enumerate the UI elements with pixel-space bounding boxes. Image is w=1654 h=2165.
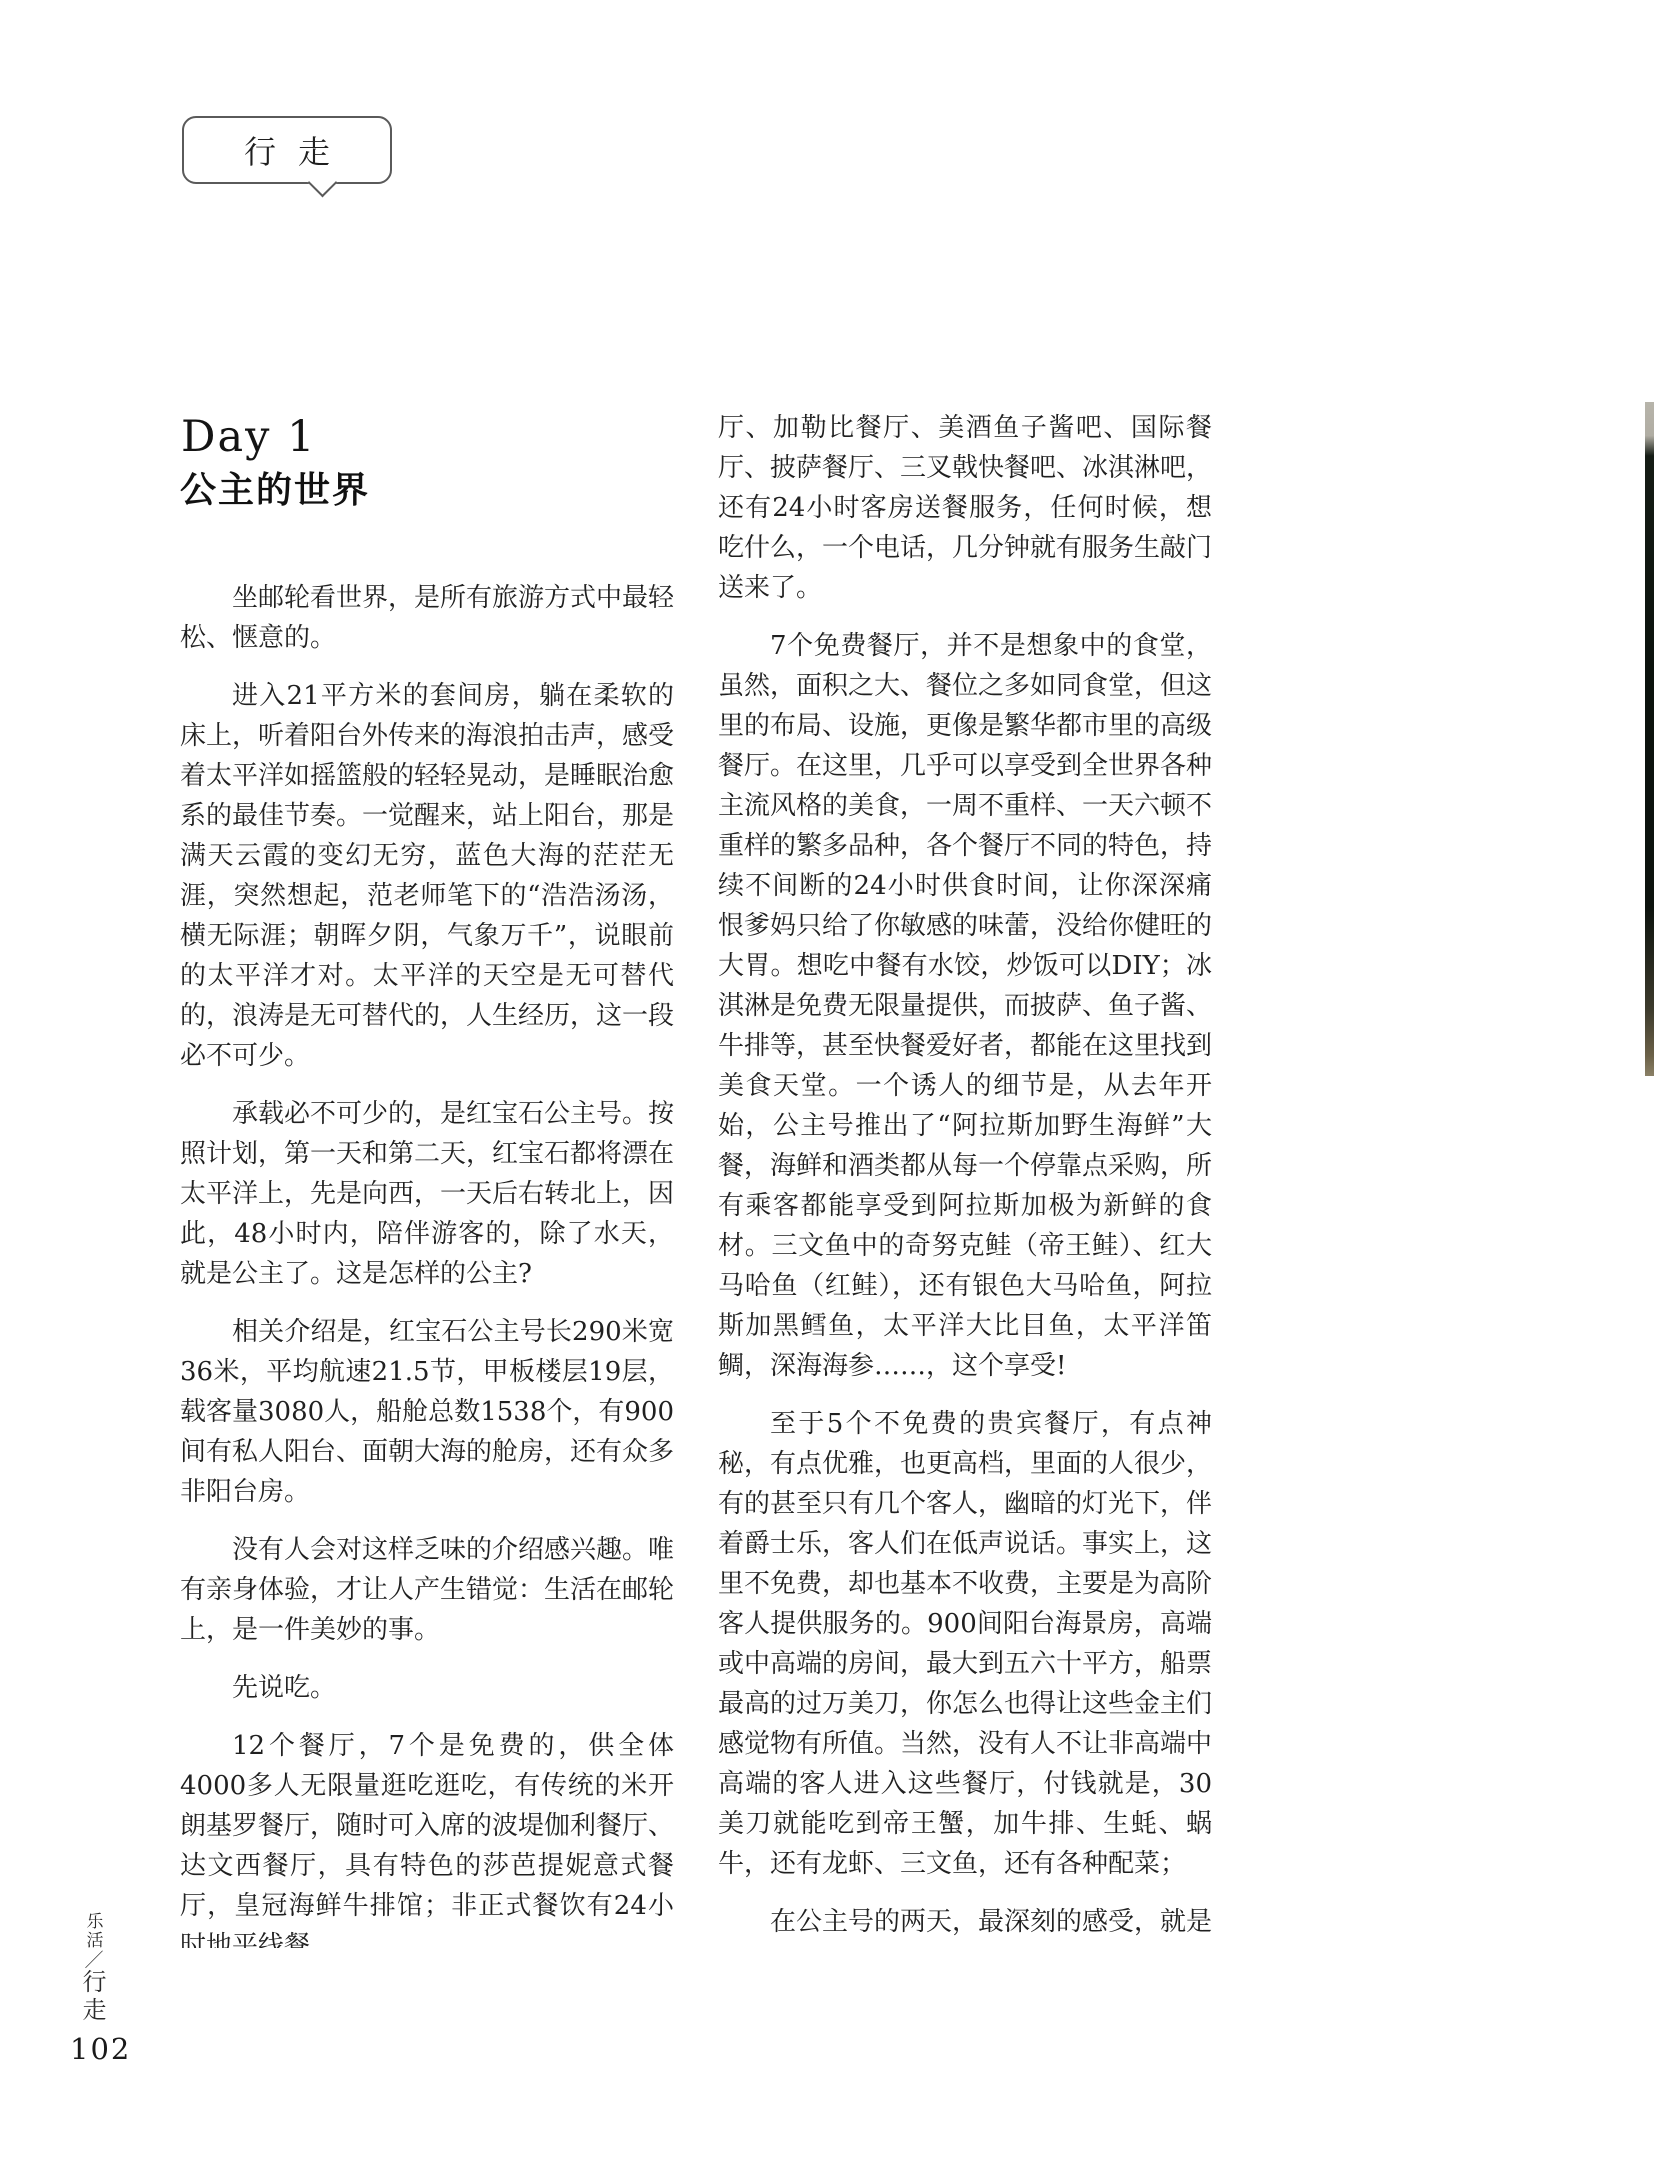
paragraph: 在公主号的两天，最深刻的感受，就是 xyxy=(718,1902,1212,1942)
paragraph: 厅、加勒比餐厅、美酒鱼子酱吧、国际餐厅、披萨餐厅、三叉戟快餐吧、冰淇淋吧，还有2… xyxy=(718,408,1212,608)
paragraph: 7个免费餐厅，并不是想象中的食堂，虽然，面积之大、餐位之多如同食堂，但这里的布局… xyxy=(718,626,1212,1386)
page-number: 102 xyxy=(70,2032,131,2066)
left-column: 坐邮轮看世界，是所有旅游方式中最轻松、惬意的。 进入21平方米的套间房，躺在柔软… xyxy=(180,578,674,1948)
footer-separator: ／ xyxy=(83,1950,102,1969)
paragraph: 先说吃。 xyxy=(180,1668,674,1708)
paragraph: 进入21平方米的套间房，躺在柔软的床上，听着阳台外传来的海浪拍击声，感受着太平洋… xyxy=(180,676,674,1076)
article-title: 公主的世界 xyxy=(180,462,370,513)
paragraph: 坐邮轮看世界，是所有旅游方式中最轻松、惬意的。 xyxy=(180,578,674,658)
right-column: 厅、加勒比餐厅、美酒鱼子酱吧、国际餐厅、披萨餐厅、三叉戟快餐吧、冰淇淋吧，还有2… xyxy=(718,408,1212,1948)
paragraph: 相关介绍是，红宝石公主号长290米宽36米，平均航速21.5节，甲板楼层19层，… xyxy=(180,1312,674,1512)
footer-category-label: 乐活 xyxy=(84,1912,101,1950)
magazine-page: 行走 Day 1 公主的世界 坐邮轮看世界，是所有旅游方式中最轻松、惬意的。 进… xyxy=(0,0,1654,2165)
paragraph: 承载必不可少的，是红宝石公主号。按照计划，第一天和第二天，红宝石都将漂在太平洋上… xyxy=(180,1094,674,1294)
footer-section-marker: 乐活／行走 xyxy=(80,1912,104,2052)
paragraph: 至于5个不免费的贵宾餐厅，有点神秘，有点优雅，也更高档，里面的人很少，有的甚至只… xyxy=(718,1404,1212,1884)
section-tab: 行走 xyxy=(182,116,392,184)
scan-artifact xyxy=(1645,402,1654,1076)
footer-section-label: 行走 xyxy=(80,1969,104,2025)
day-label: Day 1 xyxy=(181,412,316,462)
paragraph: 没有人会对这样乏味的介绍感兴趣。唯有亲身体验，才让人产生错觉：生活在邮轮上，是一… xyxy=(180,1530,674,1650)
paragraph: 12个餐厅，7个是免费的，供全体4000多人无限量逛吃逛吃，有传统的米开朗基罗餐… xyxy=(180,1726,674,1948)
section-tab-label: 行走 xyxy=(222,127,352,173)
